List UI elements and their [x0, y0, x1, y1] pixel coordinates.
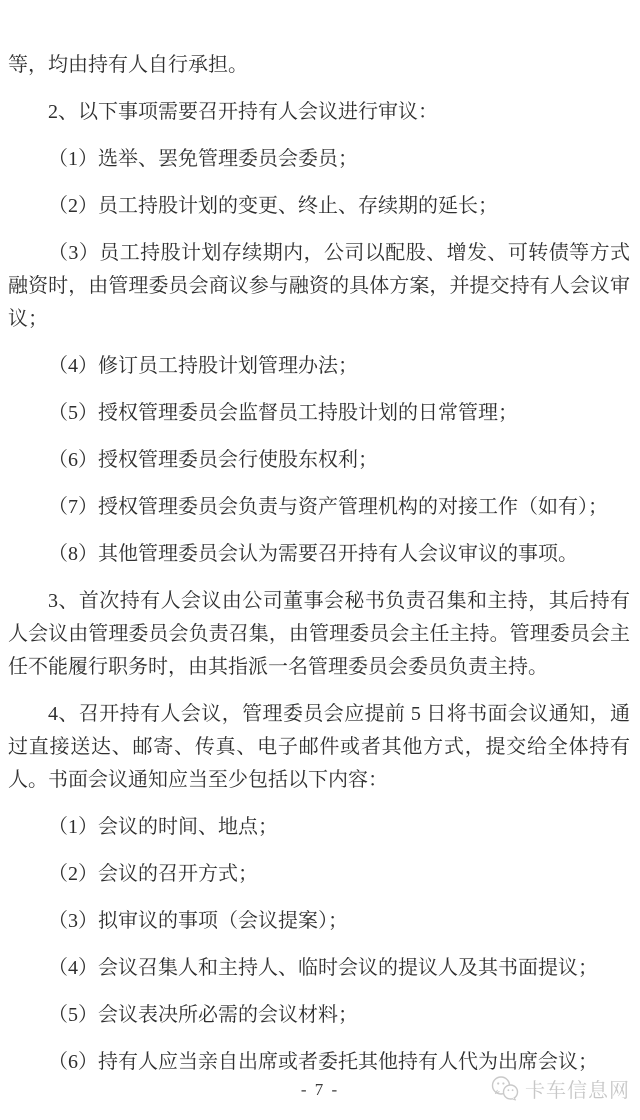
paragraph: 3、首次持有人会议由公司董事会秘书负责召集和主持，其后持有人会议由管理委员会负责…: [8, 585, 630, 684]
document-body: 等，均由持有人自行承担。 2、以下事项需要召开持有人会议进行审议： （1）选举、…: [0, 0, 640, 1079]
watermark-label: 卡车信息网: [525, 1074, 630, 1103]
paragraph: （7）授权管理委员会负责与资产管理机构的对接工作（如有）；: [8, 491, 630, 524]
paragraph: （8）其他管理委员会认为需要召开持有人会议审议的事项。: [8, 538, 630, 571]
paragraph: （2）员工持股计划的变更、终止、存续期的延长；: [8, 190, 630, 223]
paragraph: （3）拟审议的事项（会议提案）；: [8, 905, 630, 938]
paragraph: （3）员工持股计划存续期内，公司以配股、增发、可转债等方式融资时，由管理委员会商…: [8, 237, 630, 336]
chat-bubbles-logo-icon: [490, 1075, 520, 1102]
paragraph: （5）授权管理委员会监督员工持股计划的日常管理；: [8, 397, 630, 430]
paragraph: 4、召开持有人会议，管理委员会应提前 5 日将书面会议通知，通过直接送达、邮寄、…: [8, 698, 630, 797]
document-page: 等，均由持有人自行承担。 2、以下事项需要召开持有人会议进行审议： （1）选举、…: [0, 0, 640, 1120]
paragraph: （4）会议召集人和主持人、临时会议的提议人及其书面提议；: [8, 952, 630, 985]
paragraph: 2、以下事项需要召开持有人会议进行审议：: [8, 96, 630, 129]
paragraph: （4）修订员工持股计划管理办法；: [8, 350, 630, 383]
watermark: 卡车信息网: [490, 1074, 630, 1103]
paragraph: （5）会议表决所必需的会议材料；: [8, 999, 630, 1032]
paragraph: （1）选举、罢免管理委员会委员；: [8, 143, 630, 176]
paragraph: （6）授权管理委员会行使股东权利；: [8, 444, 630, 477]
paragraph: 等，均由持有人自行承担。: [8, 49, 630, 82]
paragraph: （1）会议的时间、地点；: [8, 811, 630, 844]
paragraph: （2）会议的召开方式；: [8, 858, 630, 891]
